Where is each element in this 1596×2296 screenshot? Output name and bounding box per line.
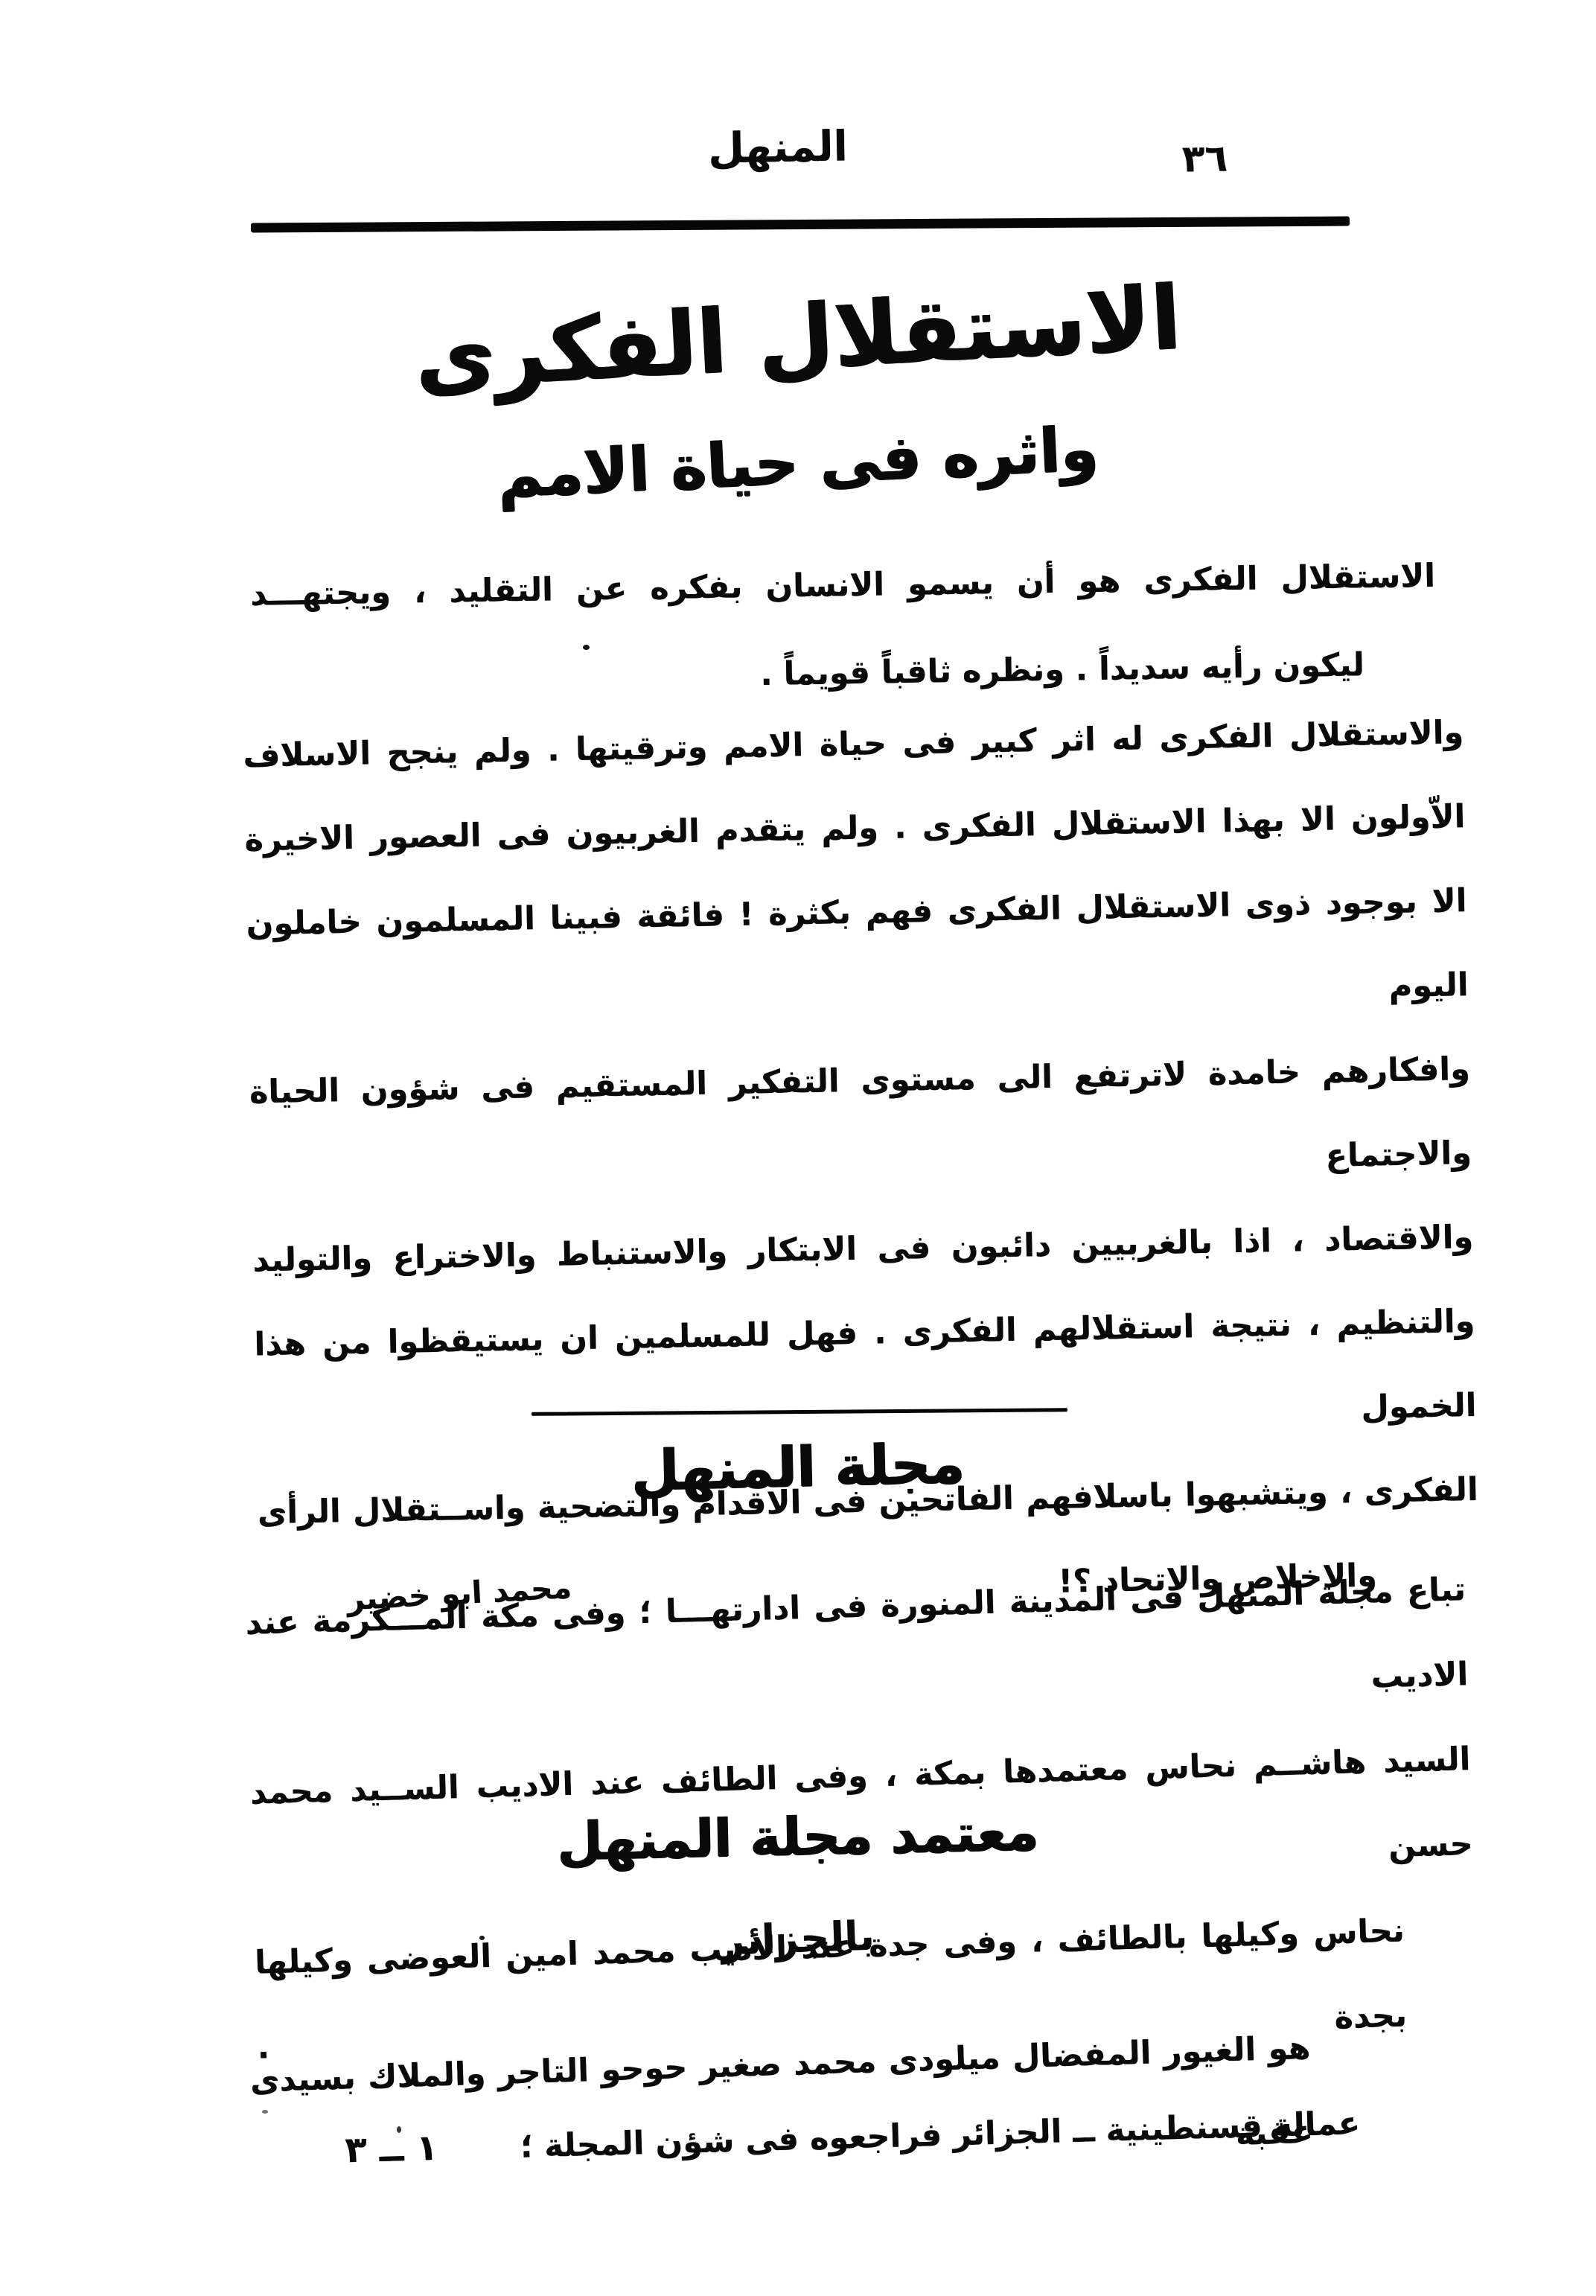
body-line: وافكارهم خامدة لاترتفع الى مستوى التفكير… [249,1027,1472,1219]
ink-speck [583,645,590,650]
journal-name-header: المنهل [703,122,852,173]
page-signature-marker: ١ ــ ٣ [345,2127,438,2171]
ink-speck [397,2126,401,2133]
scanned-magazine-page: المنهل ٣٦ الاستقلال الفكرى واثره فى حياة… [0,0,1596,2296]
body-line: الا بوجود ذوى الاستقلال الفكرى فهم بكثرة… [246,859,1469,1050]
ink-speck [262,2110,268,2114]
page-number: ٣٦ [1181,136,1228,180]
header-rule [251,216,1350,232]
ink-speck [479,1936,485,1940]
body-line: تباع مجلة المنهل فى المدينة المنورة فى ا… [244,1547,1469,1751]
